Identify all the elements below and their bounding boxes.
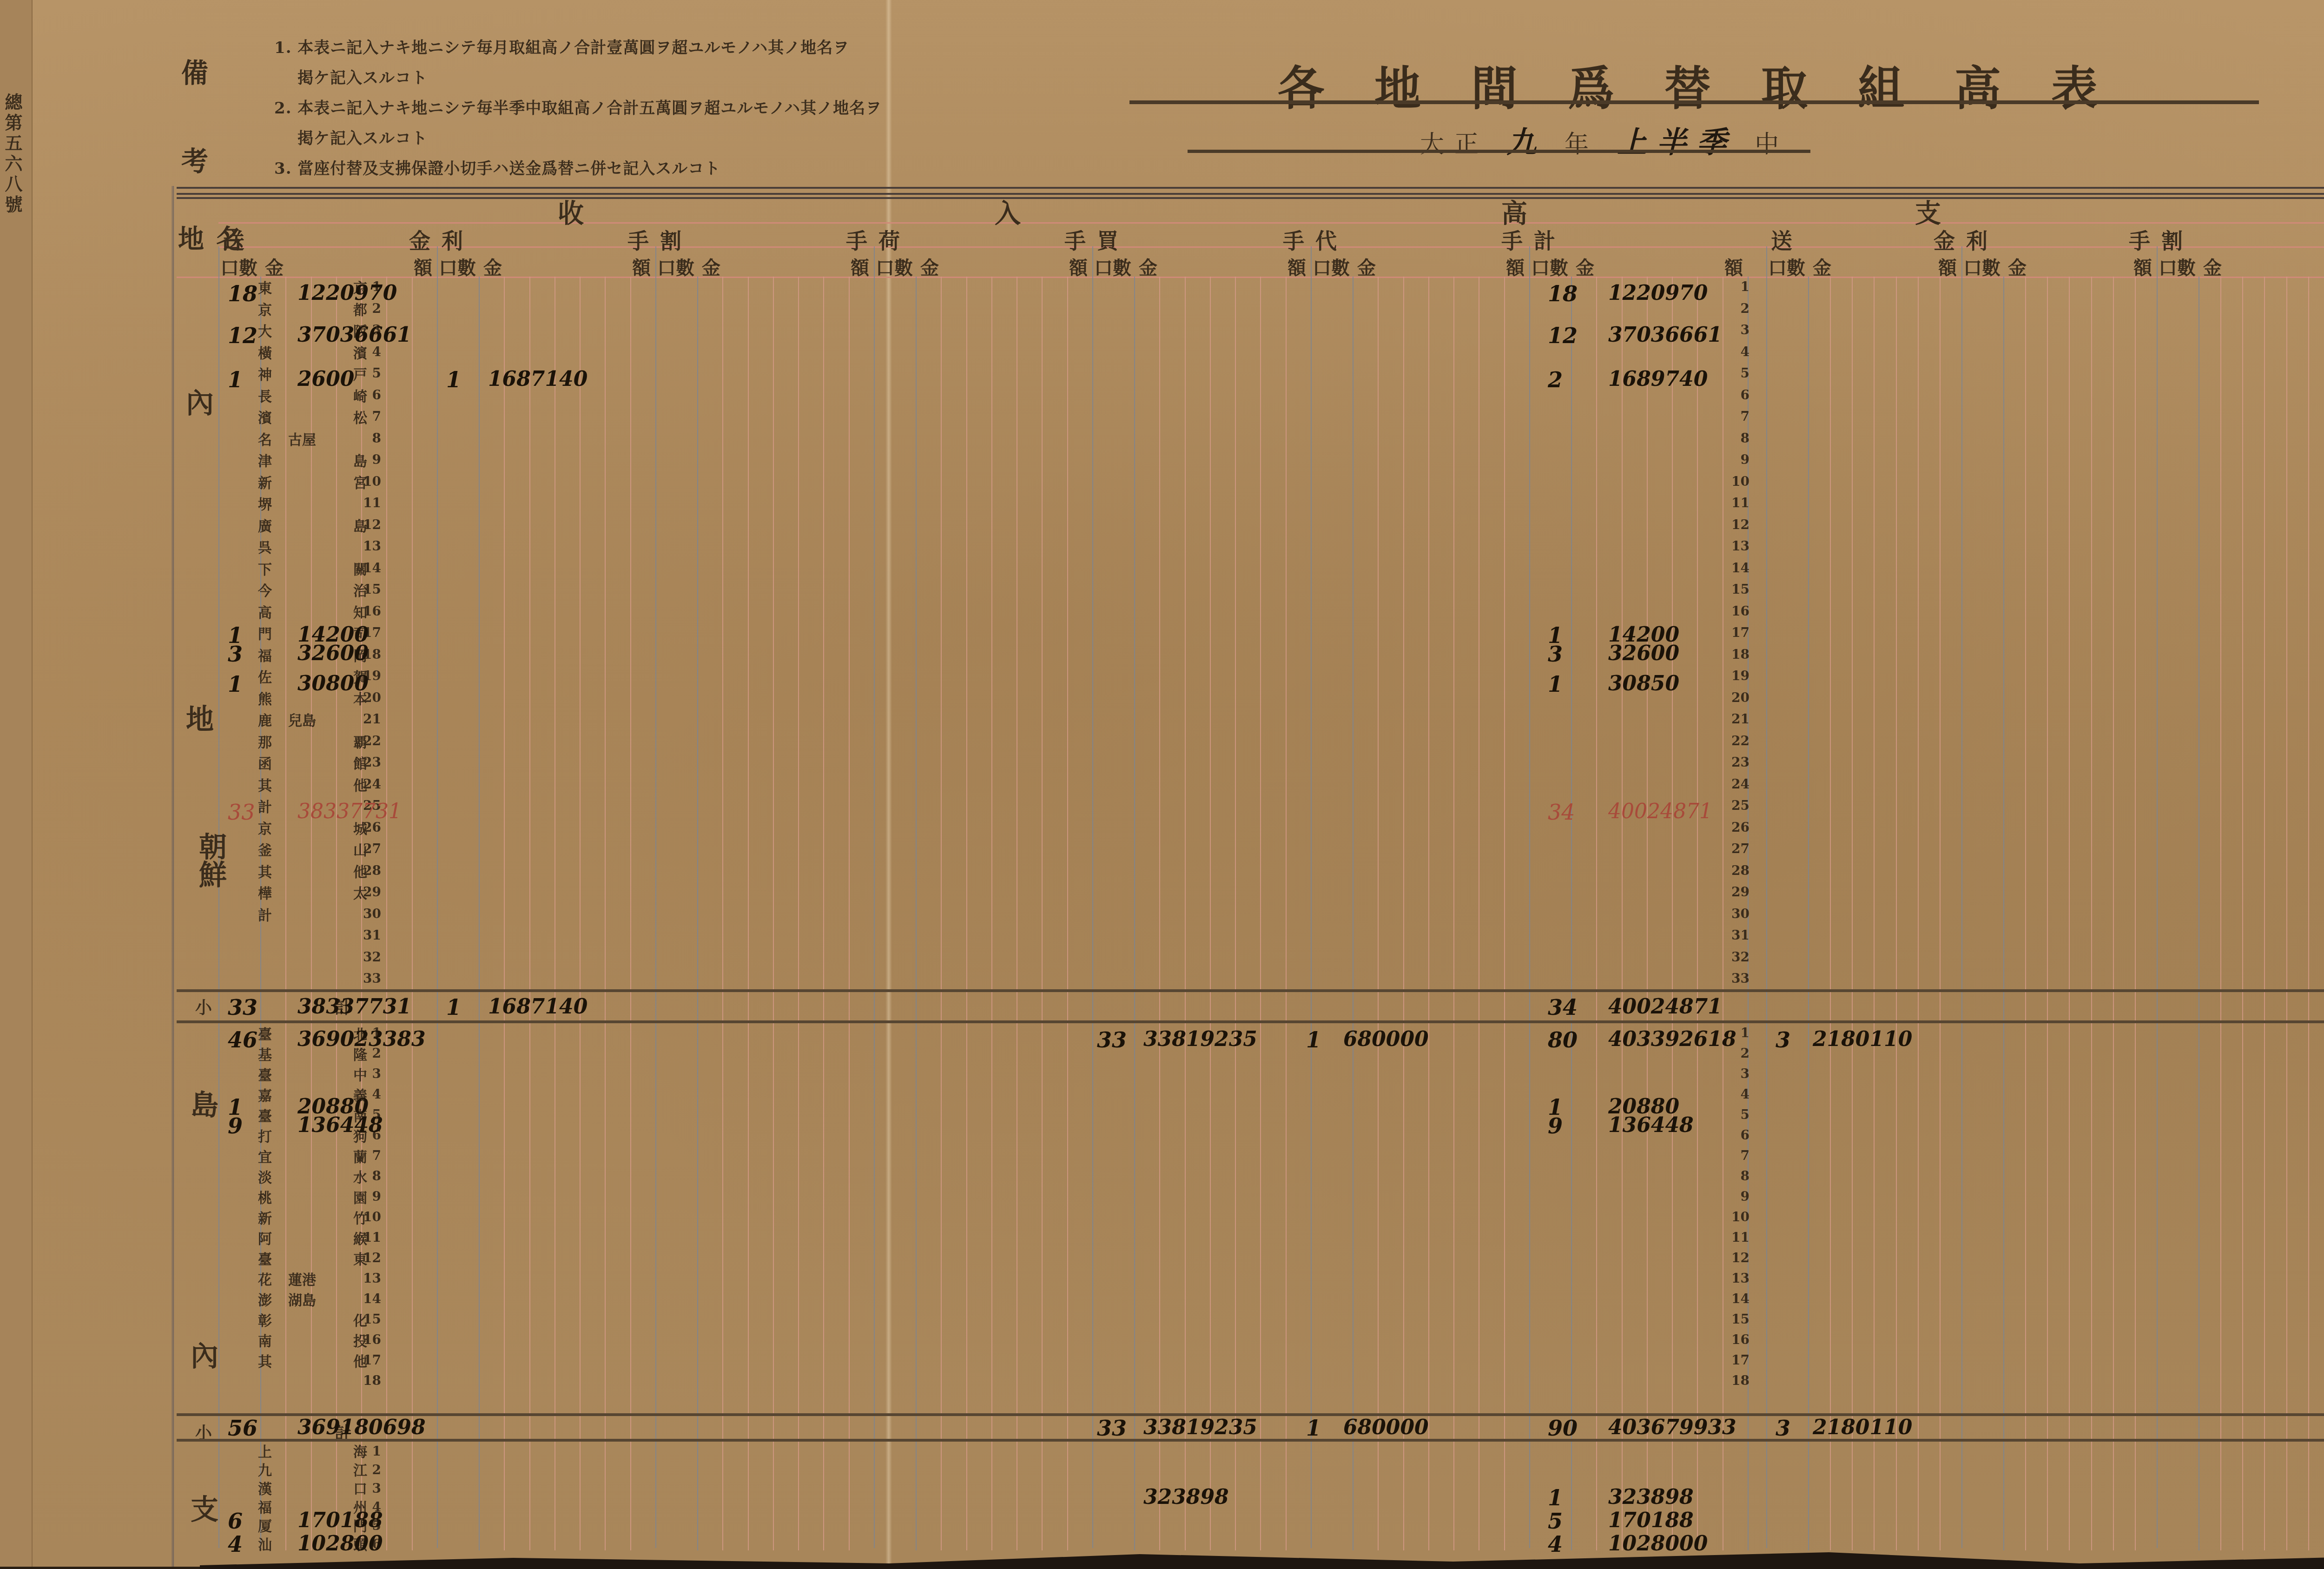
digit-rule	[1940, 277, 1941, 1550]
row-number: 33	[1729, 971, 1750, 986]
digit-rule	[580, 277, 581, 1550]
place-name-rest: 島	[353, 519, 367, 535]
row-number: 12	[186, 517, 381, 532]
row-number: 32	[1729, 949, 1750, 965]
digit-rule	[1017, 277, 1017, 1550]
remit-count: 18	[228, 281, 257, 306]
row-number: 24	[186, 776, 381, 792]
row-number: 7	[1729, 409, 1750, 424]
remit-count: 9	[228, 1113, 243, 1139]
subcol-amount: 金	[1357, 253, 1376, 280]
receipt-total-count: 9	[1548, 1113, 1563, 1139]
group-header: 買	[1097, 224, 1118, 255]
subcol-amount: 金	[265, 253, 284, 280]
place-name-rest: 中	[353, 1068, 367, 1084]
digit-rule	[1403, 277, 1404, 1550]
subtotal-label: 小	[195, 995, 212, 1019]
receipt-total-amount: 323898	[1608, 1485, 1694, 1509]
place-name-first: 嘉	[258, 1088, 272, 1104]
receipt-total-count: 2	[1548, 367, 1563, 392]
subcol-amount: 金	[702, 253, 720, 280]
header-receipts-1: 收	[558, 193, 584, 230]
row-number: 15	[186, 1311, 381, 1327]
digit-rule	[555, 277, 555, 1550]
place-name-rest: 兒島	[288, 713, 316, 729]
collection-count: 1	[1306, 1416, 1321, 1441]
digit-rule	[966, 277, 967, 1550]
group-header: 荷	[878, 224, 900, 255]
row-number: 9	[1729, 452, 1750, 467]
place-name-rest: 竹	[353, 1211, 367, 1227]
receipt-total-count: 34	[1548, 800, 1575, 825]
digit-rule	[2025, 277, 2026, 1550]
subcol-amount-end: 額	[632, 253, 651, 280]
digit-rule	[1286, 277, 1287, 1550]
place-name-rest: 蘭	[353, 1150, 367, 1165]
column-divider	[655, 246, 656, 1548]
place-name-first: 彰	[258, 1313, 272, 1329]
digit-rule	[1235, 277, 1236, 1550]
row-number: 27	[1729, 841, 1750, 856]
place-name-first: 下	[258, 562, 272, 578]
place-name-first: 橫	[258, 346, 272, 362]
remit-count: 56	[228, 1416, 257, 1441]
digit-rule	[2069, 277, 2070, 1550]
payment-remit-count: 3	[1776, 1416, 1790, 1441]
row-number: 14	[186, 1291, 381, 1306]
remit-amount: 2600	[297, 367, 354, 391]
row-number: 31	[186, 927, 381, 943]
note-3: 3. 當座付替及支拂保證小切手ハ送金爲替ニ併セ記入スルコト	[274, 156, 720, 179]
collection-amount: 680000	[1343, 1027, 1429, 1051]
digit-rule	[1378, 277, 1379, 1550]
row-number: 11	[186, 1230, 381, 1245]
row-number: 2	[186, 1462, 381, 1477]
subtotal-rule	[177, 1020, 2324, 1023]
subcol-amount: 金	[1139, 253, 1157, 280]
subcol-count: 口數	[1963, 253, 2000, 280]
place-name-rest: 崎	[353, 389, 367, 405]
digit-rule	[722, 277, 723, 1550]
payment-remit-amount: 2180110	[1813, 1416, 1912, 1439]
collection-amount: 680000	[1343, 1416, 1429, 1439]
digit-rule	[941, 277, 942, 1550]
receipt-total-amount: 30850	[1608, 672, 1679, 695]
place-name-rest: 宮	[353, 476, 367, 491]
group-header: 送	[1771, 224, 1792, 255]
place-name-first: 廣	[258, 519, 272, 535]
subcol-count: 口數	[876, 253, 913, 280]
subcol-amount-end: 額	[1287, 253, 1306, 280]
receipt-total-count: 1	[1548, 672, 1563, 697]
digit-rule	[2220, 277, 2221, 1550]
row-number: 13	[186, 1271, 381, 1286]
row-number: 23	[1729, 755, 1750, 770]
row-number: 11	[1729, 495, 1750, 510]
subcol-count: 口數	[1313, 253, 1350, 280]
digit-rule	[1453, 277, 1454, 1550]
row-number: 9	[186, 1189, 381, 1204]
row-number: 18	[1729, 647, 1750, 662]
note-1-cont: 掲ケ記入スルコト	[297, 65, 428, 88]
remit-count: 1	[228, 367, 243, 392]
digit-rule	[1504, 277, 1505, 1550]
row-number: 3	[1729, 1066, 1750, 1081]
row-number: 12	[186, 1250, 381, 1265]
group-header: 計	[1534, 224, 1555, 255]
place-name-first: 淡	[258, 1170, 272, 1186]
digit-rule	[504, 277, 505, 1550]
place-name-rest: 他	[353, 865, 367, 880]
row-number: 21	[1729, 711, 1750, 727]
subcol-amount: 金	[920, 253, 939, 280]
row-number: 3	[1729, 322, 1750, 338]
digit-rule	[2047, 277, 2048, 1550]
row-number: 4	[1729, 1086, 1750, 1102]
notes-label-1: 備	[181, 51, 208, 90]
place-name-rest: 口	[353, 1482, 367, 1497]
place-name-first: 京	[258, 821, 272, 837]
digit-rule	[1479, 277, 1479, 1550]
digit-rule	[1723, 277, 1723, 1550]
place-name-first: 九	[258, 1463, 272, 1479]
group-header: 金	[1934, 224, 1955, 255]
remit-count: 1	[228, 672, 243, 697]
column-divider	[1571, 277, 1572, 1550]
digit-rule	[2242, 277, 2243, 1550]
place-name-first: 函	[258, 756, 272, 772]
region-label: 島	[191, 1083, 218, 1123]
place-name-first: 臺	[258, 1252, 272, 1268]
remit-count: 33	[228, 800, 255, 825]
column-divider	[1529, 246, 1530, 1548]
row-number: 9	[1729, 1189, 1750, 1204]
place-name-first: 計	[258, 800, 272, 815]
place-name-first: 基	[258, 1047, 272, 1063]
receipt-total-amount: 40024871	[1608, 995, 1722, 1019]
row-number: 13	[186, 538, 381, 554]
receipt-total-count: 18	[1548, 281, 1578, 306]
place-name-first: 其	[258, 865, 272, 880]
row-number: 15	[186, 582, 381, 597]
place-name-first: 汕	[258, 1537, 272, 1553]
subcol-count: 口數	[1531, 253, 1568, 280]
digit-rule	[2308, 277, 2309, 1550]
place-name-rest: 他	[353, 778, 367, 794]
note-1: 1. 本表ニ記入ナキ地ニシテ毎月取組高ノ合計壹萬圓ヲ超ユルモノハ其ノ地名ヲ	[274, 35, 849, 58]
row-number: 16	[186, 603, 381, 619]
region-label: 內	[186, 381, 214, 421]
bill-buy-amount: 33819235	[1143, 1027, 1257, 1051]
receipt-total-amount: 403392618	[1608, 1027, 1736, 1051]
receipt-total-count: 1	[1548, 1485, 1563, 1510]
digit-rule	[1852, 277, 1853, 1550]
digit-rule	[1428, 277, 1429, 1550]
row-number: 7	[186, 1148, 381, 1163]
place-name-first: 熊	[258, 692, 272, 708]
row-number: 10	[1729, 474, 1750, 489]
place-name-first: 濱	[258, 410, 272, 426]
subcol-amount-end: 額	[1724, 253, 1743, 280]
remit-amount: 37036661	[297, 323, 411, 347]
remit-amount: 102800	[297, 1532, 383, 1556]
group-header: 割	[660, 224, 681, 255]
digit-rule	[1697, 277, 1698, 1550]
place-name-rest: 太	[353, 886, 367, 902]
row-number: 26	[1729, 820, 1750, 835]
subcol-amount-end: 額	[851, 253, 869, 280]
place-name-rest: 松	[353, 410, 367, 426]
row-number: 30	[186, 906, 381, 921]
receipt-total-count: 12	[1548, 323, 1578, 348]
period-suffix: 中	[1755, 131, 1789, 159]
column-divider	[697, 277, 698, 1550]
place-name-first: 津	[258, 454, 272, 470]
receipt-total-amount: 1028000	[1608, 1532, 1708, 1556]
payment-remit-count: 3	[1776, 1027, 1790, 1053]
receipt-total-amount: 37036661	[1608, 323, 1722, 347]
header-receipts-2: 入	[995, 193, 1021, 230]
remit-amount: 369023383	[297, 1027, 426, 1051]
remit-amount: 369180698	[297, 1416, 426, 1439]
region-label: 朝鮮	[191, 832, 231, 888]
digit-rule	[1896, 277, 1897, 1550]
digit-rule	[630, 277, 631, 1550]
table-top-rules	[177, 187, 2324, 199]
group-header: 手	[1501, 224, 1523, 255]
note-2: 2. 本表ニ記入ナキ地ニシテ毎半季中取組高ノ合計五萬圓ヲ超ユルモノハ其ノ地名ヲ	[274, 95, 882, 118]
place-name-first: 阿	[258, 1231, 272, 1247]
column-divider	[1134, 277, 1135, 1550]
header-rule	[218, 246, 2324, 248]
row-number: 3	[186, 1066, 381, 1081]
place-name-first: 堺	[258, 497, 272, 513]
receipt-total-amount: 1689740	[1608, 367, 1708, 391]
row-number: 1	[1729, 279, 1750, 294]
place-name-first: 宜	[258, 1150, 272, 1165]
receipt-total-count: 34	[1548, 995, 1578, 1020]
subcol-amount: 金	[1576, 253, 1594, 280]
row-number: 11	[1729, 1230, 1750, 1245]
row-number: 14	[1729, 1291, 1750, 1306]
group-header: 金	[409, 224, 430, 255]
digit-rule	[1210, 277, 1211, 1550]
group-header: 手	[1064, 224, 1086, 255]
note-2-cont: 掲ケ記入スルコト	[297, 126, 428, 148]
row-number: 18	[186, 1373, 381, 1388]
place-name-rest: 他	[353, 1354, 367, 1370]
place-name-first: 名	[258, 432, 272, 448]
row-number: 8	[1729, 430, 1750, 446]
place-name-rest: 東	[353, 1252, 367, 1268]
subcol-count: 口數	[1768, 253, 1805, 280]
reporting-period: 大正 九 年 上半季 中	[1420, 119, 1789, 161]
row-number: 9	[186, 452, 381, 467]
place-name-first: 計	[258, 908, 272, 924]
place-name-first: 打	[258, 1129, 272, 1145]
row-number: 12	[1729, 517, 1750, 532]
column-divider	[1808, 277, 1809, 1550]
row-number: 33	[186, 971, 381, 986]
row-number: 17	[1729, 1352, 1750, 1368]
column-divider	[1092, 246, 1093, 1548]
place-name-first: 樺	[258, 886, 272, 902]
bill-buy-count: 33	[1097, 1027, 1127, 1053]
row-number: 5	[1729, 365, 1750, 381]
digit-rule	[991, 277, 992, 1550]
row-number: 17	[1729, 625, 1750, 640]
row-number: 30	[1729, 906, 1750, 921]
digit-rule	[2264, 277, 2265, 1550]
column-divider	[479, 277, 480, 1550]
row-number: 32	[186, 949, 381, 965]
row-number: 25	[1729, 798, 1750, 813]
digit-rule	[1647, 277, 1648, 1550]
digit-rule	[529, 277, 530, 1550]
region-label: 內	[191, 1334, 218, 1374]
subcol-count: 口數	[220, 253, 257, 280]
receipt-total-count: 5	[1548, 1509, 1563, 1534]
row-number: 13	[1729, 1271, 1750, 1286]
remit-count: 12	[228, 323, 257, 348]
column-divider	[2199, 277, 2199, 1550]
place-name-first: 那	[258, 735, 272, 751]
place-name-rest: 治	[353, 583, 367, 599]
place-name-first: 臺	[258, 1068, 272, 1084]
row-number: 13	[1729, 538, 1750, 554]
place-name-rest: 化	[353, 1313, 367, 1329]
place-name-first: 門	[258, 627, 272, 642]
place-name-first: 佐	[258, 670, 272, 686]
place-name-first: 新	[258, 1211, 272, 1227]
digit-rule	[1918, 277, 1919, 1550]
receipt-total-count: 80	[1548, 1027, 1578, 1053]
subcol-amount-end: 額	[1506, 253, 1525, 280]
remit-amount: 170188	[297, 1509, 383, 1532]
region-label: 支	[191, 1488, 218, 1528]
place-name-rest: 園	[353, 1191, 367, 1206]
place-name-first: 釜	[258, 843, 272, 859]
interest-amount: 1687140	[488, 995, 588, 1019]
digit-rule	[1159, 277, 1160, 1550]
place-name-first: 今	[258, 583, 272, 599]
bill-buy-count: 33	[1097, 1416, 1127, 1441]
row-number: 5	[1729, 1107, 1750, 1122]
digit-rule	[849, 277, 850, 1550]
remit-amount: 38337731	[297, 800, 402, 823]
interest-count: 1	[446, 367, 461, 392]
row-number: 15	[1729, 582, 1750, 597]
remit-count: 6	[228, 1509, 243, 1534]
place-name-first: 高	[258, 605, 272, 621]
group-header: 利	[442, 224, 463, 255]
place-name-rest: 湖島	[288, 1293, 316, 1309]
row-number: 7	[1729, 1148, 1750, 1163]
place-name-first: 大	[258, 324, 272, 340]
receipt-total-amount: 32600	[1608, 642, 1679, 665]
place-name-rest: 古屋	[288, 432, 316, 448]
row-number: 6	[1729, 387, 1750, 403]
subcol-amount-end: 額	[414, 253, 432, 280]
remit-amount: 38337731	[297, 995, 411, 1019]
header-rule	[218, 222, 2324, 224]
digit-rule	[605, 277, 606, 1550]
row-number: 19	[1729, 668, 1750, 683]
subcol-count: 口數	[439, 253, 476, 280]
row-number: 28	[1729, 863, 1750, 878]
place-name-first: 臺	[258, 1027, 272, 1043]
row-number: 18	[1729, 1373, 1750, 1388]
column-divider	[916, 277, 917, 1550]
row-number: 31	[1729, 927, 1750, 943]
receipt-total-amount: 403679933	[1608, 1416, 1736, 1439]
place-name-first: 新	[258, 476, 272, 491]
subcol-amount: 金	[2008, 253, 2027, 280]
digit-rule	[386, 277, 387, 1550]
group-header: 割	[2161, 224, 2183, 255]
receipt-total-amount: 136448	[1608, 1113, 1694, 1137]
row-number: 6	[1729, 1127, 1750, 1143]
row-number: 8	[186, 1168, 381, 1184]
page-title: 各地間爲替取組高表	[1190, 51, 2236, 118]
row-number: 8	[1729, 1168, 1750, 1184]
place-name-rest: 緱	[353, 1231, 367, 1247]
place-name-rest: 城	[353, 821, 367, 837]
row-number: 22	[1729, 733, 1750, 748]
place-name-first: 桃	[258, 1191, 272, 1206]
row-number: 8	[186, 430, 381, 446]
row-number: 1	[186, 1443, 381, 1459]
place-name-rest: 島	[353, 454, 367, 470]
subcol-amount: 金	[483, 253, 502, 280]
place-name-first: 其	[258, 778, 272, 794]
digit-rule	[748, 277, 749, 1550]
document-number: 總第五六八號	[7, 93, 25, 216]
place-name-rest: 濱	[353, 346, 367, 362]
place-name-rest: 江	[353, 1463, 367, 1479]
row-number: 21	[186, 711, 381, 727]
place-name-first: 花	[258, 1272, 272, 1288]
place-name-first: 長	[258, 389, 272, 405]
place-name-first: 上	[258, 1444, 272, 1460]
place-name-first: 福	[258, 649, 272, 664]
place-name-first: 漢	[258, 1482, 272, 1497]
place-name-rest: 山	[353, 843, 367, 859]
place-name-rest: 水	[353, 1170, 367, 1186]
place-name-first: 東	[258, 281, 272, 297]
row-number: 14	[1729, 560, 1750, 576]
year-suffix: 年	[1565, 131, 1599, 159]
digit-rule	[1596, 277, 1597, 1550]
remit-count: 4	[228, 1532, 243, 1557]
place-name-rest: 戸	[353, 367, 367, 383]
place-name-rest: 關	[353, 562, 367, 578]
title-underline	[1129, 100, 2259, 104]
place-name-rest: 覇	[353, 735, 367, 751]
remit-amount: 30800	[297, 672, 369, 695]
row-number: 23	[186, 755, 381, 770]
receipt-total-count: 90	[1548, 1416, 1578, 1441]
header-place-1: 地	[178, 218, 204, 256]
digit-rule	[1042, 277, 1043, 1550]
collection-count: 1	[1306, 1027, 1321, 1053]
row-number: 22	[186, 733, 381, 748]
row-number: 10	[186, 474, 381, 489]
row-number: 16	[1729, 1332, 1750, 1347]
digit-rule	[1672, 277, 1673, 1550]
group-header: 代	[1315, 224, 1337, 255]
place-name-first: 神	[258, 367, 272, 383]
